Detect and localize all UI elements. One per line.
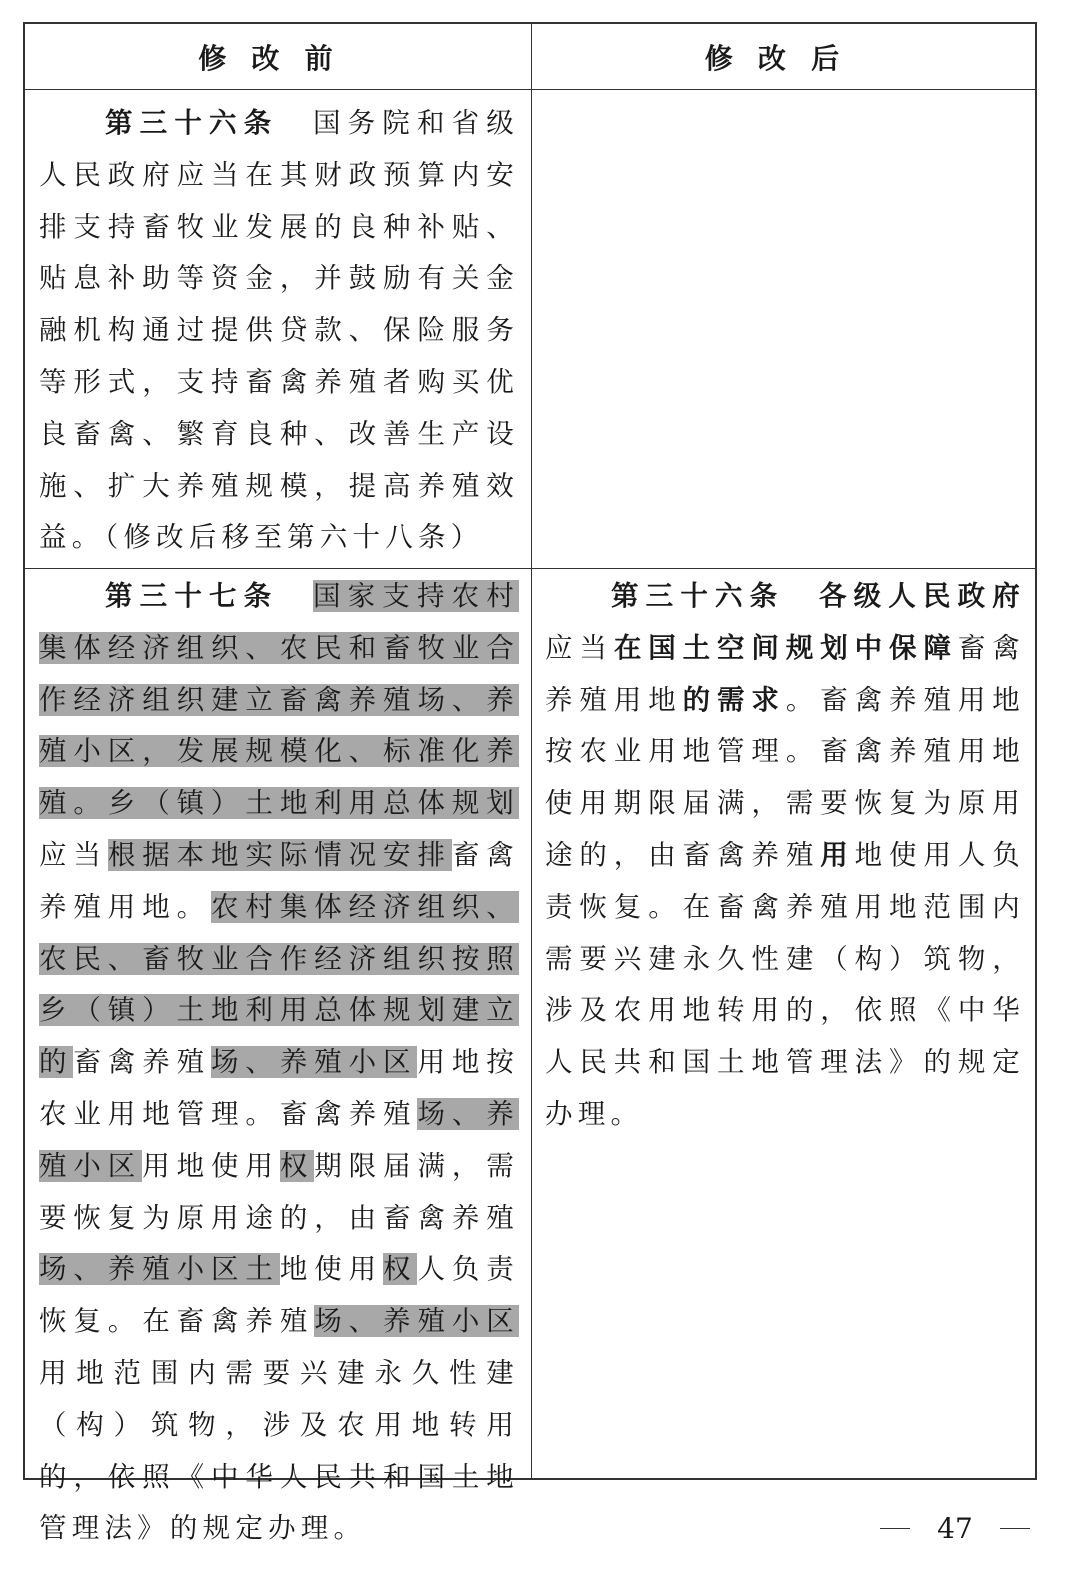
article-number: 第三十六条 — [105, 107, 313, 139]
cell-before-row1: 第三十六条 国务院和省级人民政府应当在其财政预算内安排支持畜牧业发展的良种补贴、… — [39, 98, 519, 564]
comparison-table: 修改前 修改后 第三十六条 国务院和省级人民政府应当在其财政预算内安排支持畜牧业… — [23, 22, 1037, 1480]
added-text: 的需求 — [683, 684, 786, 716]
deleted-text: 权 — [280, 1150, 314, 1182]
row-divider — [25, 568, 1035, 569]
text-segment: 用地使用 — [142, 1150, 280, 1182]
text-segment: 畜禽养殖 — [73, 1046, 211, 1078]
deleted-text: 场、养殖小区 — [211, 1046, 417, 1078]
header-after: 修改后 — [532, 24, 1037, 90]
article-number: 第三十六条 — [611, 580, 819, 612]
cell-after-row2: 第三十六条 各级人民政府应当在国土空间规划中保障畜禽养殖用地的需求。畜禽养殖用地… — [545, 571, 1025, 1141]
deleted-text: 场、养殖小区土 — [39, 1253, 280, 1285]
text-segment: 国务院和省级人民政府应当在其财政预算内安排支持畜牧业发展的良种补贴、贴息补助等资… — [39, 107, 519, 553]
deleted-text: 权 — [383, 1253, 417, 1285]
cell-before-row2: 第三十七条 国家支持农村集体经济组织、农民和畜牧业合作经济组织建立畜禽养殖场、养… — [39, 571, 519, 1555]
article-text: 第三十六条 各级人民政府应当在国土空间规划中保障畜禽养殖用地的需求。畜禽养殖用地… — [545, 571, 1025, 1141]
deleted-text: 场、养殖小区 — [314, 1305, 519, 1337]
page-footer: 47 — [880, 1512, 1030, 1545]
text-segment: 应当 — [39, 839, 108, 871]
text-segment: 应当 — [545, 632, 614, 664]
article-number: 第三十七条 — [105, 580, 313, 612]
article-text: 第三十六条 国务院和省级人民政府应当在其财政预算内安排支持畜牧业发展的良种补贴、… — [39, 98, 519, 564]
header-before: 修改前 — [25, 24, 531, 90]
article-text: 第三十七条 国家支持农村集体经济组织、农民和畜牧业合作经济组织建立畜禽养殖场、养… — [39, 571, 519, 1555]
dash-left — [880, 1528, 910, 1529]
text-segment: 用地范围内需要兴建永久性建（构）筑物，涉及农用地转用的，依照《中华人民共和国土地… — [39, 1357, 519, 1544]
added-text: 在国土空间规划中保障 — [614, 632, 958, 664]
added-text: 用 — [820, 839, 854, 871]
column-divider — [531, 24, 532, 1478]
page-number: 47 — [937, 1512, 973, 1545]
deleted-text: 根据本地实际情况安排 — [108, 839, 452, 871]
added-text: 各级人民政府 — [819, 580, 1025, 612]
dash-right — [1000, 1528, 1030, 1529]
text-segment: 地使用 — [280, 1253, 383, 1285]
text-segment: 地使用人负责恢复。在畜禽养殖用地范围内需要兴建永久性建（构）筑物，涉及农用地转用… — [545, 839, 1025, 1130]
deleted-text: 国家支持农村集体经济组织、农民和畜牧业合作经济组织建立畜禽养殖场、养殖小区，发展… — [39, 580, 519, 819]
